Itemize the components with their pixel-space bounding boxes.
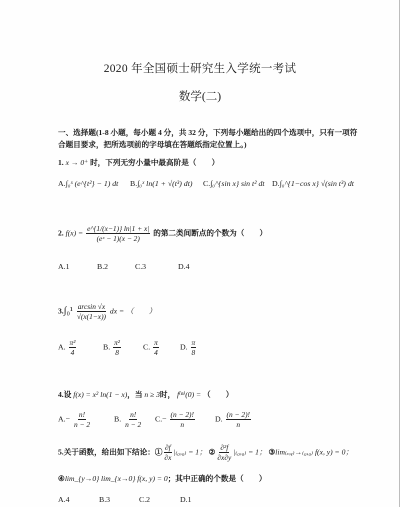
conclusion-2-tail: |₍₀,₀₎ = 1； — [233, 447, 266, 456]
question-3-option-d[interactable]: D. π8 — [180, 338, 197, 357]
question-1-option-b[interactable]: B.∫₀ˣ ln(1 + √(t³) dt) — [130, 179, 192, 188]
fraction-denominator: ∂x∂y — [216, 453, 232, 462]
option-label: B. — [103, 342, 110, 351]
question-4-stem: 4.设 f(x) = x² ln(1 − x)，当 n ≥ 3时， f⁽ⁿ⁾(0… — [58, 389, 233, 400]
fraction-denominator: n − 2 — [124, 420, 142, 429]
option-label: D. — [215, 414, 223, 423]
question-text: 时， — [160, 390, 175, 399]
option-expr: 1 — [66, 262, 70, 271]
fraction-denominator: n − 2 — [73, 420, 91, 429]
option-label: A. — [58, 495, 66, 504]
question-text: 的第二类间断点的个数为（ ） — [153, 228, 267, 237]
fraction-numerator: n! — [129, 410, 137, 420]
option-fraction: n!n − 2 — [124, 410, 142, 429]
fraction-denominator: 4 — [70, 348, 76, 357]
question-text: （ ） — [203, 390, 233, 399]
question-5-option-c[interactable]: C.2 — [139, 495, 150, 504]
fraction-denominator: √(x(1−x)) — [76, 312, 107, 321]
option-expr: 3 — [106, 495, 110, 504]
question-5-option-d[interactable]: D.1 — [180, 495, 192, 504]
option-expr: ∫₀^{1−cos x} √(sin t³) dt — [280, 179, 354, 188]
option-sign: − — [162, 414, 166, 423]
question-2-option-a[interactable]: A.1 — [58, 262, 70, 271]
exam-page: 2020 年全国硕士研究生入学统一考试 数学(二) 一、选择题(1-8 小题，每… — [0, 0, 399, 507]
option-expr: ∫₀ˣ (e^{t²} − 1) dt — [66, 179, 119, 188]
question-2-option-d[interactable]: D.4 — [178, 262, 190, 271]
option-fraction: π8 — [191, 338, 197, 357]
question-1-option-d[interactable]: D.∫₀^{1−cos x} √(sin t³) dt — [272, 179, 354, 188]
option-fraction: (n − 2)!n — [170, 410, 195, 429]
section-intro-line1: 一、选择题(1-8 小题，每小题 4 分，共 32 分，下列每小题给出的四个选项… — [58, 127, 357, 138]
question-lhs: f(x) = — [66, 228, 84, 237]
fraction-numerator: ∂f — [164, 443, 172, 453]
fraction-denominator: n — [235, 420, 241, 429]
option-label: B. — [114, 414, 121, 423]
conclusion-4-expr: lim_{y→0} lim_{x→0} f(x, y) = 0 — [65, 474, 168, 483]
question-math: f⁽ⁿ⁾(0) = — [177, 390, 201, 399]
fraction-numerator: ∂²f — [219, 443, 229, 453]
question-3-option-a[interactable]: A. π²4 — [58, 338, 77, 357]
option-fraction: (n − 2)!n — [226, 410, 251, 429]
option-expr: ∫₀^{sin x} sin t² dt — [210, 179, 264, 188]
question-fraction: arcsin √x √(x(1−x)) — [76, 302, 107, 321]
question-5-option-b[interactable]: B.3 — [99, 495, 110, 504]
fraction-numerator: π² — [113, 338, 121, 348]
question-math: x → 0⁺ — [66, 158, 89, 167]
question-4-option-a[interactable]: A.− n!n − 2 — [58, 410, 92, 429]
option-label: A. — [58, 179, 66, 188]
question-number: 2. — [58, 228, 64, 237]
conclusion-2-fraction: ∂²f∂x∂y — [216, 443, 232, 462]
option-fraction: π4 — [153, 338, 159, 357]
question-text: ，当 — [127, 390, 142, 399]
question-1-option-c[interactable]: C.∫₀^{sin x} sin t² dt — [203, 179, 265, 188]
option-label: D. — [180, 342, 188, 351]
option-expr: 2 — [146, 495, 150, 504]
fraction-numerator: π — [191, 338, 197, 348]
fraction-denominator: ∂x — [163, 453, 172, 462]
option-label: A. — [58, 262, 66, 271]
option-expr: 1 — [188, 495, 192, 504]
question-math: n ≥ 3 — [144, 390, 160, 399]
question-2-option-c[interactable]: C.3 — [135, 262, 146, 271]
question-2-stem: 2. f(x) = e^{1/(x−1)} ln|1 + x| (eˣ − 1)… — [58, 224, 267, 243]
question-5-option-a[interactable]: A.4 — [58, 495, 70, 504]
conclusion-2-marker: ② — [209, 447, 216, 456]
option-fraction: n!n − 2 — [73, 410, 91, 429]
question-4-option-c[interactable]: C.− (n − 2)!n — [155, 410, 196, 429]
fraction-numerator: (n − 2)! — [170, 410, 195, 420]
question-3-stem: 3.∫₀¹ arcsin √x √(x(1−x)) dx = （ ） — [58, 302, 156, 321]
fraction-numerator: n! — [78, 410, 86, 420]
option-expr: 3 — [142, 262, 146, 271]
question-1-option-a[interactable]: A.∫₀ˣ (e^{t²} − 1) dt — [58, 179, 118, 188]
question-3-option-c[interactable]: C. π4 — [143, 338, 160, 357]
section-intro-line2: 合题目要求，把所选项前的字母填在答题纸指定位置上。) — [58, 139, 247, 150]
question-4-option-d[interactable]: D. (n − 2)!n — [215, 410, 252, 429]
option-label: D. — [180, 495, 188, 504]
option-fraction: π²4 — [69, 338, 77, 357]
fraction-numerator: arcsin √x — [77, 302, 106, 312]
question-text: dx = （ ） — [110, 306, 156, 315]
question-1-stem: 1. x → 0⁺ 时，下列无穷小量中最高阶是（ ） — [58, 157, 219, 168]
option-label: C. — [143, 342, 150, 351]
fraction-denominator: (eˣ − 1)(x − 2) — [96, 234, 141, 243]
conclusion-1-tail: |₍₀,₀₎ = 1； — [173, 447, 206, 456]
question-number: 1. — [58, 158, 64, 167]
question-4-option-b[interactable]: B. n!n − 2 — [114, 410, 143, 429]
conclusion-1-marker: ① — [155, 447, 163, 456]
option-expr: 4 — [186, 262, 190, 271]
integral-sign: ∫₀¹ — [64, 305, 73, 316]
conclusion-4-marker: ④ — [58, 474, 65, 483]
fraction-numerator: (n − 2)! — [226, 410, 251, 420]
question-text: 时，下列无穷小量中最高阶是（ ） — [90, 158, 219, 167]
question-text: 关于函数，给出如下结论： — [64, 447, 155, 456]
fraction-denominator: 8 — [191, 348, 197, 357]
option-fraction: π²8 — [113, 338, 121, 357]
conclusion-3-expr: lim₍ₓ,ᵧ₎→₍₀,₀₎ f(x, y) = 0； — [275, 447, 353, 456]
exam-subtitle: 数学(二) — [0, 88, 400, 104]
fraction-numerator: π — [153, 338, 159, 348]
fraction-numerator: e^{1/(x−1)} ln|1 + x| — [86, 224, 150, 234]
option-label: A. — [58, 414, 66, 423]
fraction-denominator: n — [179, 420, 185, 429]
fraction-denominator: 4 — [153, 348, 159, 357]
option-label: D. — [272, 179, 280, 188]
option-expr: 2 — [104, 262, 108, 271]
question-text: 设 — [64, 390, 72, 399]
question-text: ；其中正确的个数是（ ） — [168, 474, 267, 483]
question-5-stem: 5.关于函数，给出如下结论：①∂f∂x|₍₀,₀₎ = 1； ②∂²f∂x∂y|… — [58, 443, 353, 462]
question-2-option-b[interactable]: B.2 — [97, 262, 108, 271]
question-math: f(x) = x² ln(1 − x) — [73, 390, 127, 399]
option-sign: − — [66, 414, 70, 423]
question-5-stem-line2: ④lim_{y→0} lim_{x→0} f(x, y) = 0；其中正确的个数… — [58, 473, 266, 484]
option-label: A. — [58, 342, 66, 351]
option-label: D. — [178, 262, 186, 271]
exam-title: 2020 年全国硕士研究生入学统一考试 — [0, 60, 400, 76]
question-3-option-b[interactable]: B. π²8 — [103, 338, 122, 357]
option-expr: ∫₀ˣ ln(1 + √(t³) dt) — [137, 179, 192, 188]
fraction-numerator: π² — [69, 338, 77, 348]
conclusion-1-fraction: ∂f∂x — [163, 443, 172, 462]
fraction-denominator: 8 — [114, 348, 120, 357]
option-expr: 4 — [66, 495, 70, 504]
question-fraction: e^{1/(x−1)} ln|1 + x| (eˣ − 1)(x − 2) — [86, 224, 150, 243]
